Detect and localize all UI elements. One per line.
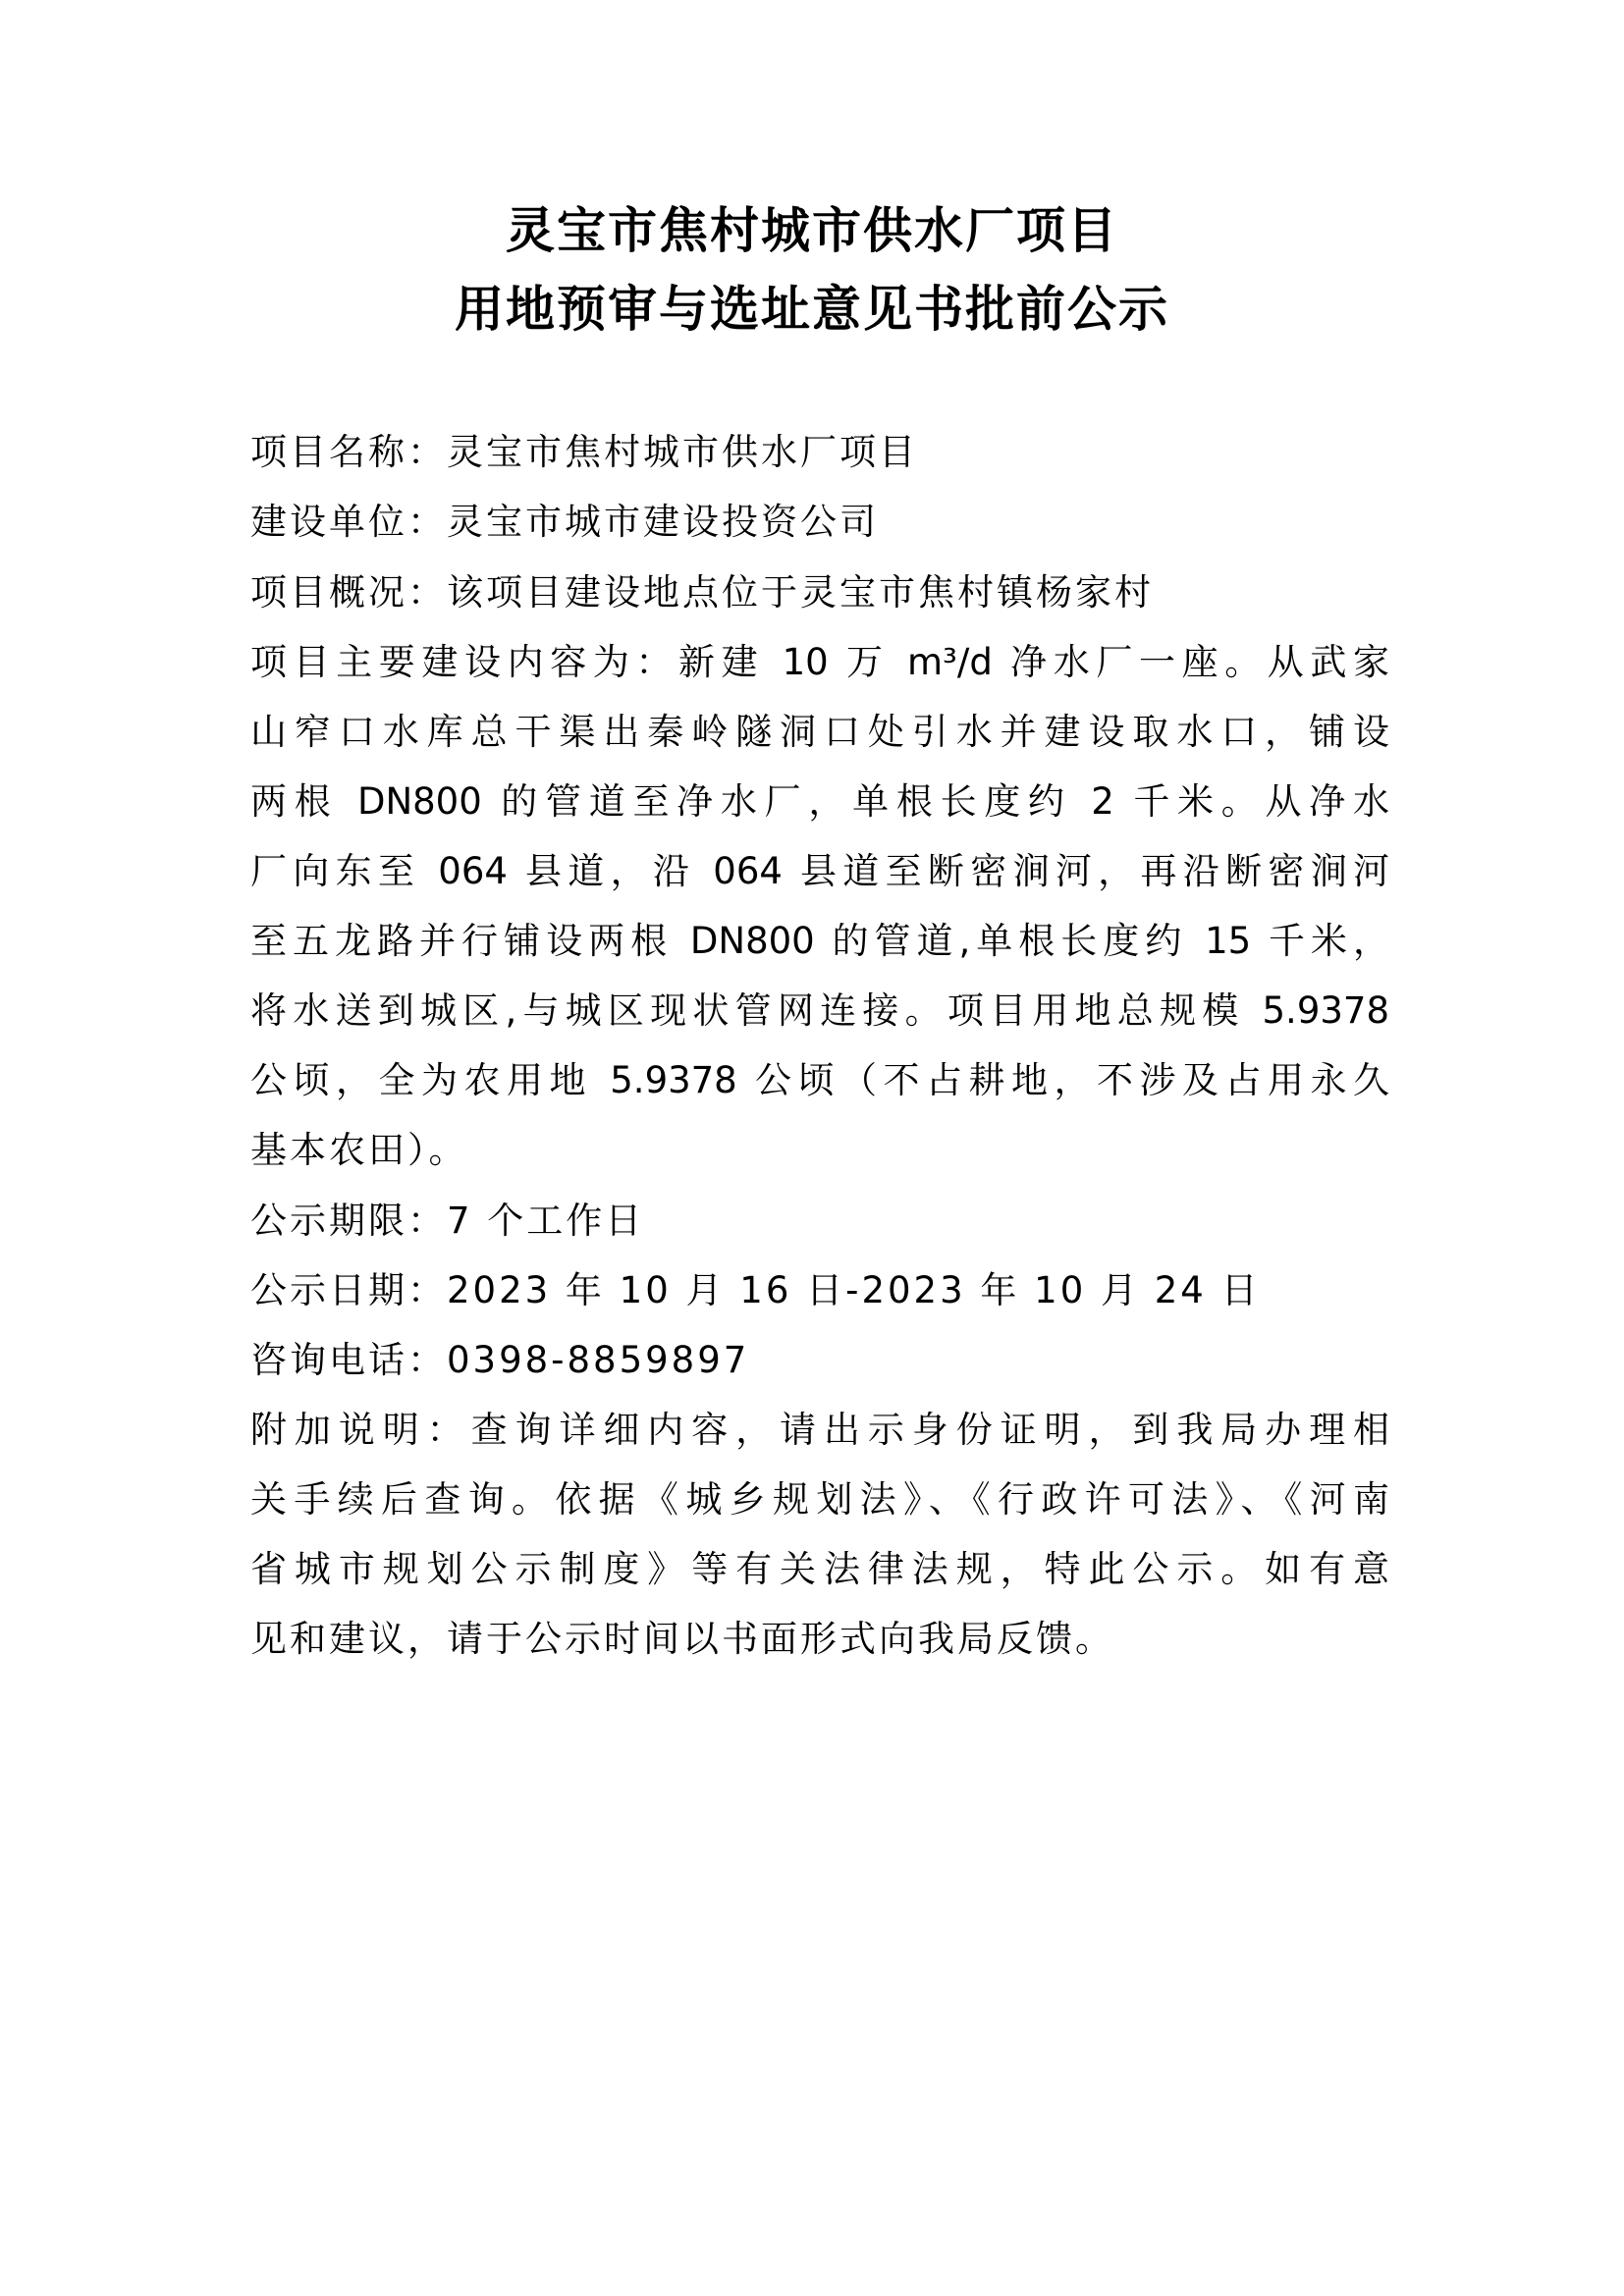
notes-line-3: 省城市规划公示制度》等有关法律法规，特此公示。如有意 xyxy=(250,1546,1389,1593)
content-line-1: 项目主要建设内容为：新建 10 万 m³/d 净水厂一座。从武家 xyxy=(250,639,1389,686)
field-hotline: 咨询电话：0398-8859897 xyxy=(250,1337,1389,1384)
field-project-overview: 项目概况：该项目建设地点位于灵宝市焦村镇杨家村 xyxy=(250,569,1389,616)
notes-line-2: 关手续后查询。依据《城乡规划法》、《行政许可法》、《河南 xyxy=(250,1476,1389,1523)
content-line-4: 厂向东至 064 县道，沿 064 县道至断密涧河，再沿断密涧河 xyxy=(250,848,1389,895)
field-label: 咨询电话： xyxy=(250,1339,447,1381)
field-publicity-period: 公示期限：7 个工作日 xyxy=(250,1198,1389,1245)
field-label: 建设单位： xyxy=(250,501,447,543)
field-label: 项目概况： xyxy=(250,571,447,614)
field-publicity-date: 公示日期：2023 年 10 月 16 日-2023 年 10 月 24 日 xyxy=(250,1267,1389,1314)
content-line-2: 山窄口水库总干渠出秦岭隧洞口处引水并建设取水口，铺设 xyxy=(250,709,1389,756)
content-line-3: 两根 DN800 的管道至净水厂，单根长度约 2 千米。从净水 xyxy=(250,778,1389,826)
field-value: 该项目建设地点位于灵宝市焦村镇杨家村 xyxy=(447,571,1154,614)
document-page: 灵宝市焦村城市供水厂项目 用地预审与选址意见书批前公示 项目名称：灵宝市焦村城市… xyxy=(0,0,1624,2296)
field-value: 灵宝市城市建设投资公司 xyxy=(447,501,879,543)
field-label: 项目名称： xyxy=(250,431,447,473)
notes-line-4: 见和建议，请于公示时间以书面形式向我局反馈。 xyxy=(250,1616,1389,1663)
field-value: 灵宝市焦村城市供水厂项目 xyxy=(447,431,918,473)
field-value: 2023 年 10 月 16 日-2023 年 10 月 24 日 xyxy=(447,1269,1261,1311)
content-line-6: 将水送到城区,与城区现状管网连接。项目用地总规模 5.9378 xyxy=(250,988,1389,1035)
field-construction-unit: 建设单位：灵宝市城市建设投资公司 xyxy=(250,499,1389,546)
content-line-8: 基本农田）。 xyxy=(250,1127,1389,1174)
field-label: 公示期限： xyxy=(250,1200,447,1242)
field-value: 0398-8859897 xyxy=(447,1339,749,1381)
field-value: 7 个工作日 xyxy=(447,1200,644,1242)
notes-line-1: 附加说明：查询详细内容，请出示身份证明，到我局办理相 xyxy=(250,1407,1389,1454)
content-line-7: 公顷，全为农用地 5.9378 公顷（不占耕地，不涉及占用永久 xyxy=(250,1057,1389,1104)
document-title-line-2: 用地预审与选址意见书批前公示 xyxy=(0,280,1624,339)
document-title-line-1: 灵宝市焦村城市供水厂项目 xyxy=(0,201,1624,260)
content-line-5: 至五龙路并行铺设两根 DN800 的管道,单根长度约 15 千米， xyxy=(250,918,1389,965)
field-project-name: 项目名称：灵宝市焦村城市供水厂项目 xyxy=(250,429,1389,476)
field-label: 公示日期： xyxy=(250,1269,447,1311)
